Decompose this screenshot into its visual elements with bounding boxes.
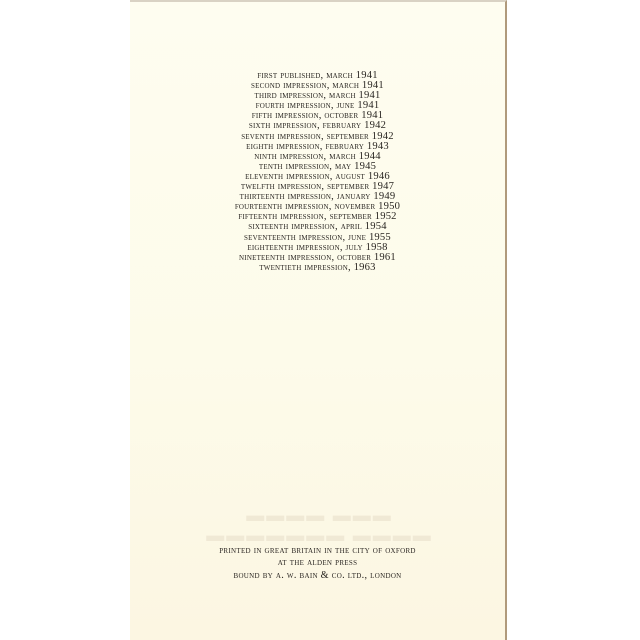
impression-line: SIXTEENTH IMPRESSION, APRIL 1954 xyxy=(130,222,505,232)
printer-imprint: PRINTED IN GREAT BRITAIN IN THE CITY OF … xyxy=(130,545,505,582)
imprint-press-line: AT THE ALDEN PRESS xyxy=(130,557,505,569)
impression-history: FIRST PUBLISHED, MARCH 1941 SECOND IMPRE… xyxy=(130,71,505,273)
book-page: FIRST PUBLISHED, MARCH 1941 SECOND IMPRE… xyxy=(130,0,507,640)
impression-line: TWENTIETH IMPRESSION, 1963 xyxy=(130,263,505,273)
imprint-bound-line: BOUND BY A. W. BAIN & CO. LTD., LONDON xyxy=(130,570,505,582)
imprint-printed-line: PRINTED IN GREAT BRITAIN IN THE CITY OF … xyxy=(130,545,505,557)
reverse-side-show-through: ▬▬▬ ▬▬▬▬ ▬▬▬▬ ▬▬▬▬▬▬▬ xyxy=(130,505,505,545)
